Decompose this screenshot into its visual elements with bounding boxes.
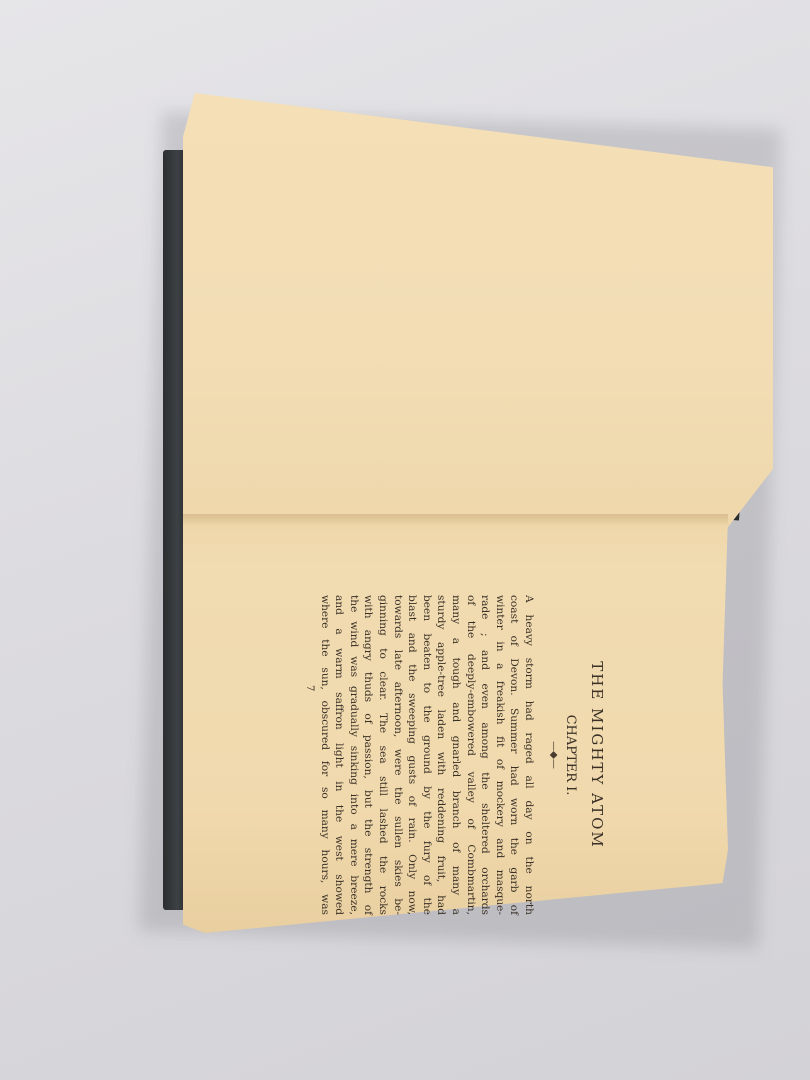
text-line: sturdy apple-tree laden with reddening f…: [434, 595, 449, 915]
text-line: towards late afternoon, were the sullen …: [390, 595, 405, 915]
text-line: coast of Devon. Summer had worn the garb…: [507, 595, 522, 915]
running-title: THE MIGHTY ATOM: [588, 585, 606, 925]
text-line: and a warm saffron light in the west sho…: [332, 595, 347, 915]
ornament-divider: —◆—: [548, 585, 559, 925]
text-line: been beaten to the ground by the fury of…: [419, 595, 434, 915]
blank-left-page: [183, 93, 773, 530]
book-gutter: [183, 514, 728, 526]
signature-mark: 7: [304, 685, 315, 925]
text-line: A heavy storm had raged all day on the n…: [521, 595, 536, 915]
page-text: THE MIGHTY ATOM CHAPTER I. —◆— A heavy s…: [304, 585, 606, 925]
text-line: ginning to clear. The sea still lashed t…: [375, 595, 390, 915]
text-line: blast and the sweeping gusts of rain. On…: [405, 595, 420, 915]
chapter-heading: CHAPTER I.: [563, 585, 578, 925]
text-line: where the sun, obscured for so many hour…: [317, 595, 332, 915]
text-line: with angry thuds of passion, but the str…: [361, 595, 376, 915]
text-line: the wind was gradually sinking into a me…: [346, 595, 361, 915]
text-line: winter in a freakish fit of mockery and …: [492, 595, 507, 915]
text-line: many a tough and gnarled branch of many …: [448, 595, 463, 915]
text-line: of the deeply-embowered valley of Combma…: [463, 595, 478, 915]
text-line: rade ; and even among the sheltered orch…: [478, 595, 493, 915]
